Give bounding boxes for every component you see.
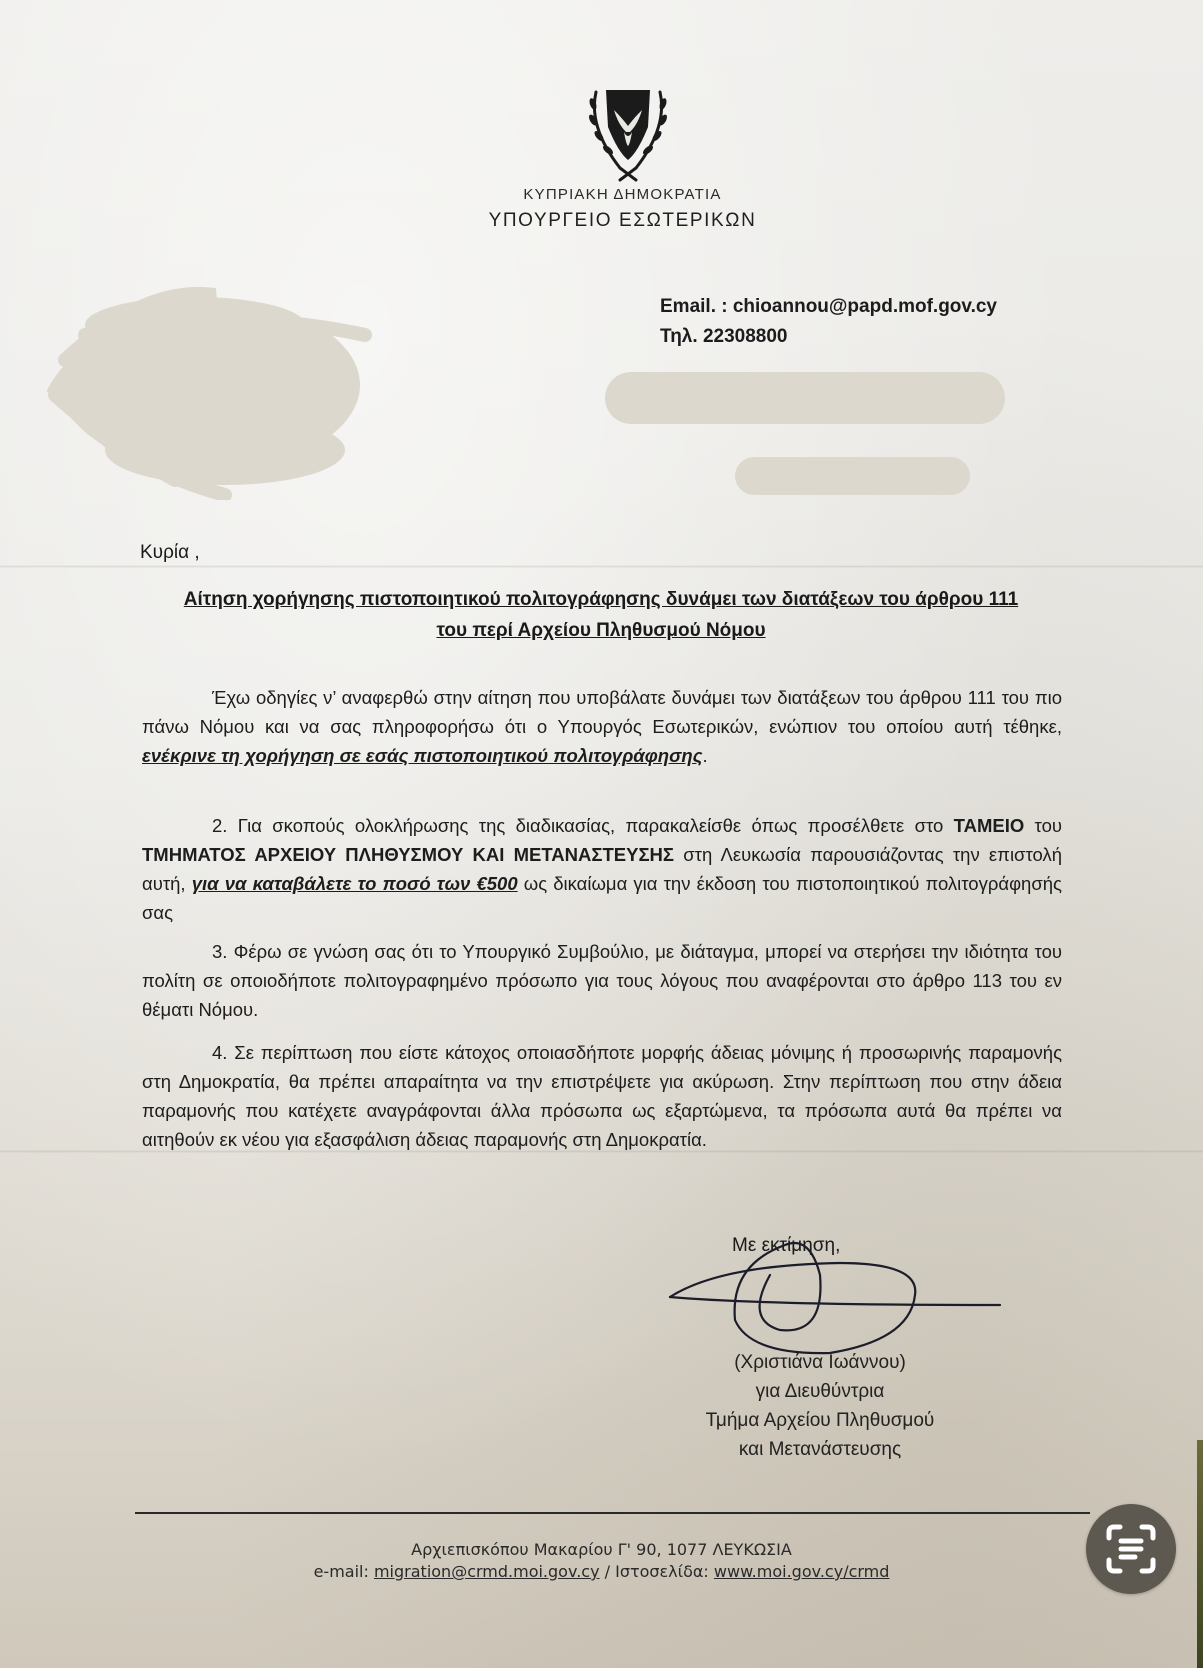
footer-email-label: e-mail: <box>314 1562 369 1581</box>
signatory-department-2: και Μετανάστευσης <box>640 1435 1000 1464</box>
paragraph-4: 4. Σε περίπτωση που είστε κάτοχος οποιασ… <box>142 1038 1062 1154</box>
reference-number-redaction <box>605 372 1005 424</box>
subject-line-1: Αίτηση χορήγησης πιστοποιητικού πολιτογρ… <box>140 584 1062 615</box>
footer-email-link[interactable]: migration@crmd.moi.gov.cy <box>374 1562 600 1581</box>
phone-label: Τηλ. <box>660 326 698 347</box>
email-line: Email. : chioannou@papd.mof.gov.cy <box>660 292 997 322</box>
sender-phone: 22308800 <box>703 326 788 347</box>
approval-emphasis: ενέκρινε τη χορήγηση σε εσάς πιστοποιητι… <box>142 745 703 766</box>
paragraph-3: 3. Φέρω σε γνώση σας ότι το Υπουργικό Συ… <box>142 937 1062 1024</box>
footer-divider <box>135 1512 1090 1514</box>
footer-website-link[interactable]: www.moi.gov.cy/crmd <box>714 1562 890 1581</box>
signatory-block: (Χριστιάνα Ιωάννου) για Διευθύντρια Τμήμ… <box>640 1348 1000 1464</box>
phone-line: Τηλ. 22308800 <box>660 322 997 352</box>
paper-fold-line <box>0 565 1203 568</box>
sender-contact: Email. : chioannou@papd.mof.gov.cy Τηλ. … <box>660 292 997 352</box>
footer-contact: e-mail: migration@crmd.moi.gov.cy / Ιστο… <box>0 1562 1203 1581</box>
letterhead-ministry: ΥΠΟΥΡΓΕΙΟ ΕΣΩΤΕΡΙΚΩΝ <box>0 210 1203 232</box>
letterhead-country: ΚΥΠΡΙΑΚΗ ΔΗΜΟΚΡΑΤΙΑ <box>0 186 1203 203</box>
recipient-address-redaction <box>25 265 395 500</box>
subject-heading: Αίτηση χορήγησης πιστοποιητικού πολιτογρ… <box>140 584 1062 646</box>
paragraph-2: 2. Για σκοπούς ολοκλήρωσης της διαδικασί… <box>142 811 1062 927</box>
sender-email: chioannou@papd.mof.gov.cy <box>733 296 997 317</box>
footer-address: Αρχιεπισκόπου Μακαρίου Γ' 90, 1077 ΛΕΥΚΩ… <box>0 1540 1203 1559</box>
signatory-role: για Διευθύντρια <box>640 1377 1000 1406</box>
salutation: Κυρία , <box>140 542 200 564</box>
signatory-department: Τμήμα Αρχείου Πληθυσμού <box>640 1406 1000 1435</box>
cyprus-coat-of-arms-icon <box>578 82 678 182</box>
footer-website-label: Ιστοσελίδα: <box>615 1562 709 1581</box>
subject-line-2: του περί Αρχείου Πληθυσμού Νόμου <box>140 615 1062 646</box>
email-label: Email. : <box>660 296 728 317</box>
signatory-name: (Χριστιάνα Ιωάννου) <box>640 1348 1000 1377</box>
fee-emphasis: για να καταβάλετε το ποσό των €500 <box>192 873 518 894</box>
live-text-button[interactable] <box>1086 1504 1176 1594</box>
paragraph-1: Έχω οδηγίες ν’ αναφερθώ στην αίτηση που … <box>142 683 1062 770</box>
live-text-scan-icon <box>1104 1522 1158 1576</box>
date-redaction <box>735 457 970 495</box>
